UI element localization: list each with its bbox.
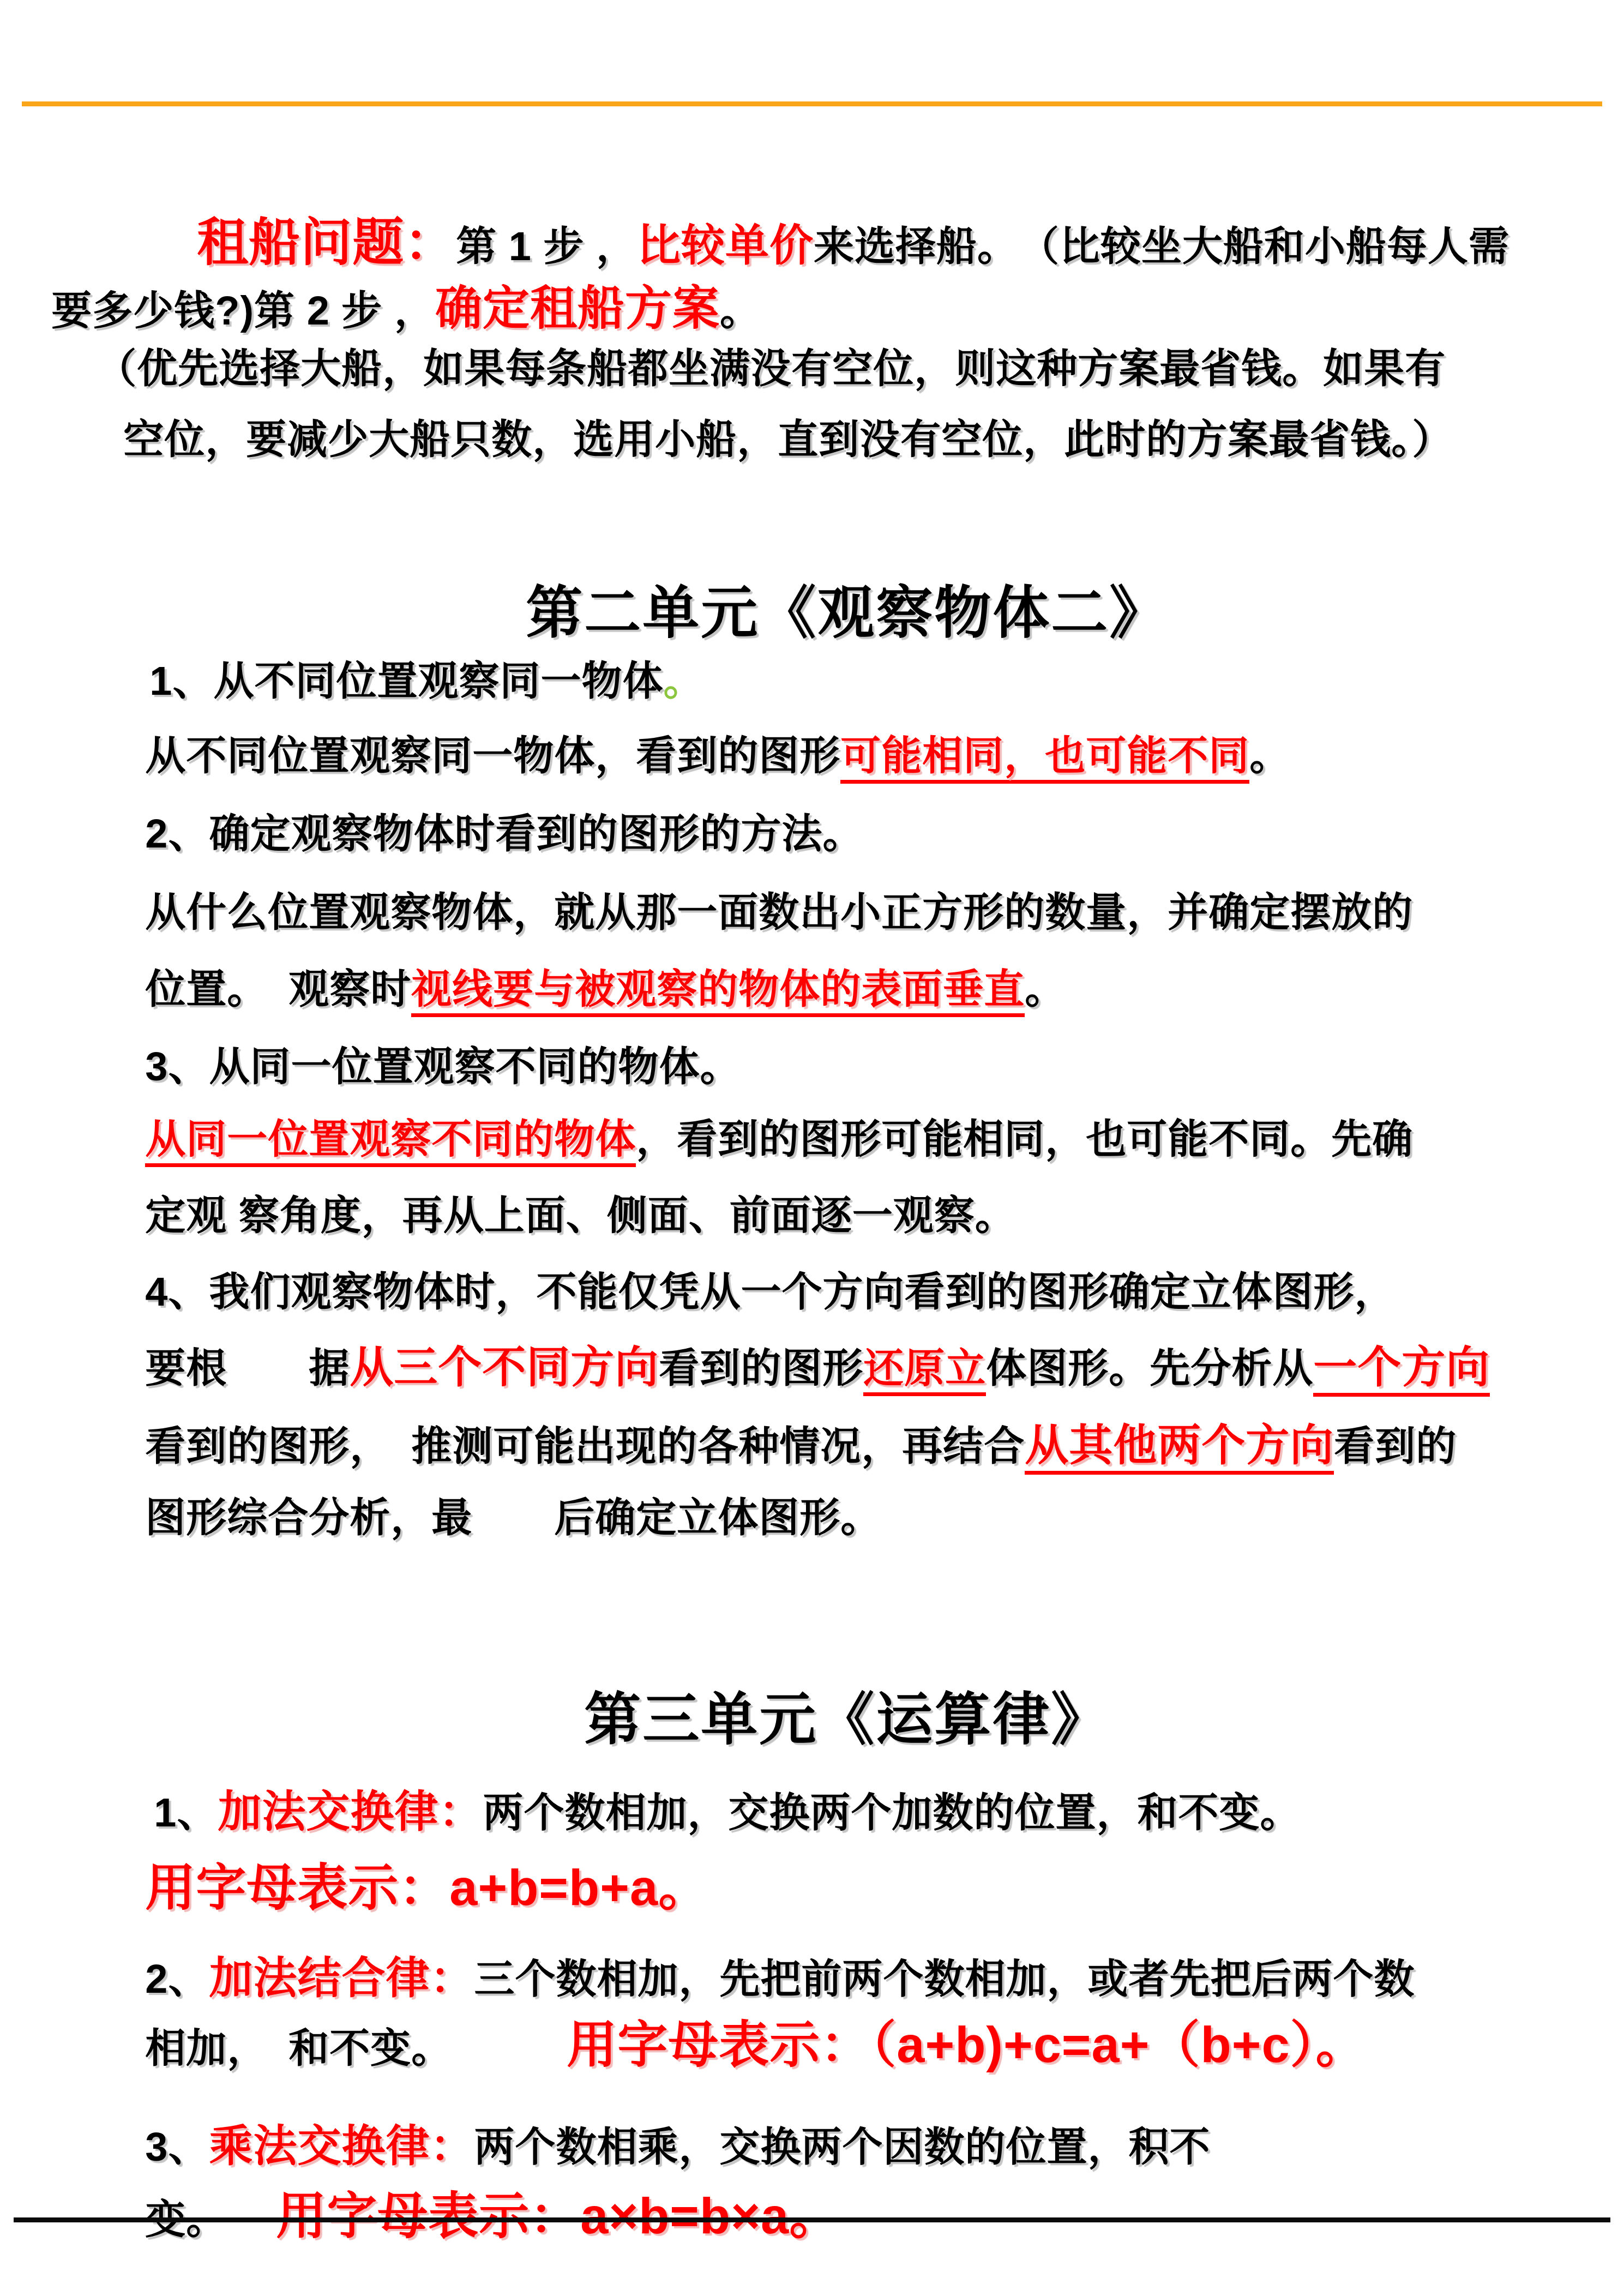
letter-formula-addition-associative: 用字母表示：（a+b)+c=a+（b+c）。: [567, 2017, 1366, 2073]
math-study-notes-page: 租船问题：第 1 步 ，比较单价来选择船。 （比较坐大船和小船每人需 要多少钱?…: [0, 0, 1624, 2296]
unit2-p11-text-2: 看到的: [1334, 1423, 1457, 1469]
intro-line-4: 空位，要减少大船只数，选用小船，直到没有空位，此时的方案最省钱。）: [76, 366, 1453, 514]
unit2-point-4-line-4: 图形综合分析，最 后确定立体图形。: [98, 1444, 881, 1592]
intro-line-1-text: 来选择船。 （比较坐大船和小船每人需: [814, 224, 1509, 269]
intro-line-4-text: 空位，要减少大船只数，选用小船，直到没有空位，此时的方案最省钱。）: [123, 417, 1453, 462]
unit2-p2-period: 。: [1249, 733, 1290, 778]
unit3-point-3-detail: 变。用字母表示：a×b=b×a。: [98, 2137, 840, 2296]
letter-formula-multiplication-commutative: 用字母表示：a×b=b×a。: [276, 2189, 840, 2244]
bottom-divider: [14, 2217, 1610, 2222]
maybe-same-term: 可能相同，也可能不同: [840, 733, 1249, 784]
other-two-directions-term: 从其他两个方向: [1025, 1421, 1334, 1475]
unit2-p5-period: 。: [1025, 966, 1066, 1012]
unit2-p12-text: 图形综合分析，最 后确定立体图形。: [145, 1495, 881, 1540]
unit3-p4-text: 相加， 和不变。: [145, 2025, 452, 2071]
top-divider: [22, 101, 1602, 106]
